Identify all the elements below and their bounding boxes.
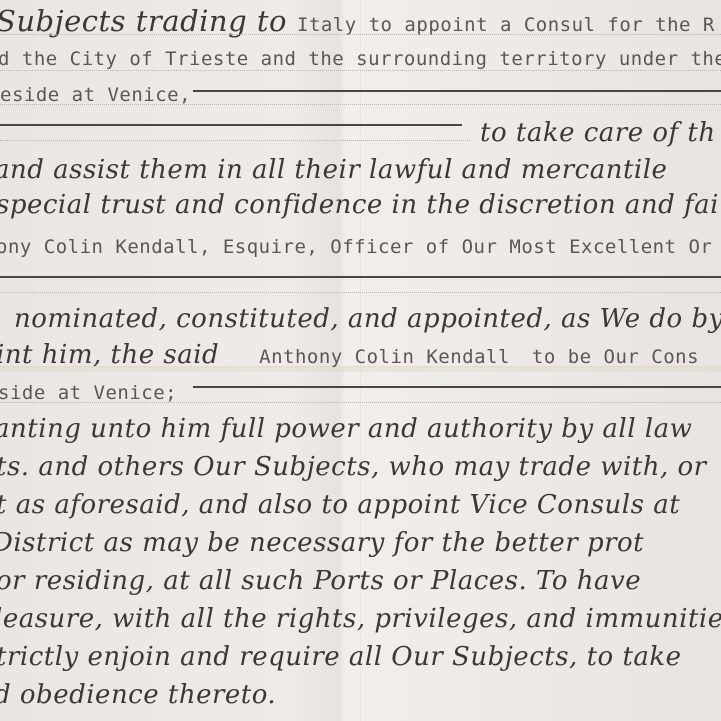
line-9: int him, the said Anthony Colin Kendall … <box>0 340 699 370</box>
line-1: Subjects trading to Italy to appoint a C… <box>0 4 715 38</box>
line-16: leasure, with all the rights, privileges… <box>0 604 721 634</box>
line-6: special trust and confidence in the disc… <box>0 190 719 220</box>
dotted-guide-rule <box>0 70 721 71</box>
line-15: or residing, at all such Ports or Places… <box>0 566 641 596</box>
document-page: Subjects trading to Italy to appoint a C… <box>0 0 721 721</box>
consul-name: Anthony Colin Kendall <box>259 346 510 368</box>
line-2: d the City of Trieste and the surroundin… <box>0 48 721 70</box>
line-18: d obedience thereto. <box>0 680 276 710</box>
line-4: to take care of th <box>480 118 716 148</box>
line-3: eside at Venice, <box>0 84 191 106</box>
script-text: Subjects trading to <box>0 4 287 38</box>
line-14: District as may be necessary for the bet… <box>0 528 644 558</box>
blank-fill-rule <box>0 276 721 278</box>
typed-text: to be Our Cons <box>532 346 699 368</box>
typed-text: Italy to appoint a Consul for the R <box>297 14 715 36</box>
blank-fill-rule <box>193 386 721 388</box>
script-text: int him, the said <box>0 340 219 370</box>
line-5: and assist them in all their lawful and … <box>0 155 667 185</box>
blank-fill-rule <box>0 124 462 126</box>
line-11: anting unto him full power and authority… <box>0 414 692 444</box>
line-7: ony Colin Kendall, Esquire, Officer of O… <box>0 236 712 258</box>
dotted-guide-rule <box>0 140 470 141</box>
dotted-guide-rule <box>0 292 721 293</box>
line-12: ts. and others Our Subjects, who may tra… <box>0 452 707 482</box>
blank-fill-rule <box>193 90 721 92</box>
line-10: side at Venice; <box>0 382 177 404</box>
line-13: t as aforesaid, and also to appoint Vice… <box>0 490 680 520</box>
line-8: nominated, constituted, and appointed, a… <box>14 304 721 334</box>
dotted-guide-rule <box>0 402 721 403</box>
dotted-guide-rule <box>0 34 721 35</box>
line-17: trictly enjoin and require all Our Subje… <box>0 642 682 672</box>
dotted-guide-rule <box>0 104 721 105</box>
